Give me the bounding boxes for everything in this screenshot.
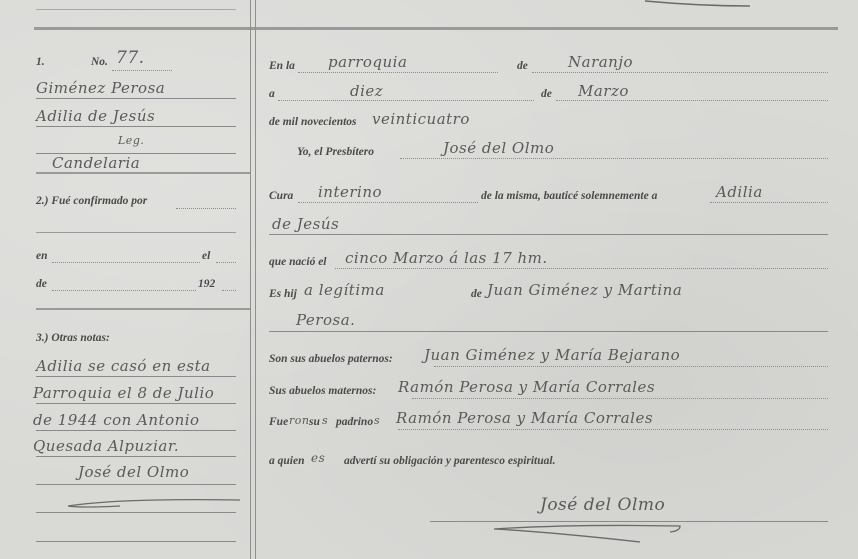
entry-number-label: No. [91, 56, 108, 68]
notes-rule-7 [36, 541, 236, 542]
maternal-grandparents-label: Sus abuelos maternos: [269, 385, 376, 397]
born-line [335, 268, 828, 269]
place-line [532, 72, 828, 73]
year-prefix: 192 [198, 278, 215, 290]
presbyter-line [400, 158, 828, 159]
en-la-label: En la [269, 60, 295, 72]
child-legitimacy-value: a legítima [304, 281, 385, 299]
header-divider [34, 27, 838, 30]
column-divider-outer [250, 0, 251, 559]
godparents-value: Ramón Perosa y María Corrales [396, 409, 653, 427]
given-name-line [36, 126, 236, 127]
notes-line-4: Quesada Alpuziar. [33, 437, 179, 455]
month-line [556, 100, 828, 101]
section-2-divider [36, 308, 250, 310]
en-label: en [36, 250, 48, 262]
of-label-1: de [517, 60, 528, 72]
confirmation-line [176, 208, 236, 209]
confirmation-label: 2.) Fué confirmado por [36, 195, 147, 207]
notes-rule-2 [36, 403, 236, 404]
top-right-flourish [640, 0, 760, 12]
place-value: Naranjo [568, 53, 633, 71]
baptized-name-line [710, 202, 828, 203]
notes-rule-4 [36, 456, 236, 457]
notes-rule-5 [36, 484, 236, 485]
notes-line-2: Parroquia el 8 de Julio [33, 384, 214, 402]
day-value: diez [350, 82, 383, 100]
godparents-plural-s1: s [322, 414, 328, 427]
field-baseline [412, 398, 828, 399]
church-type-value: parroquia [328, 53, 407, 71]
godparents-label-padrino: padrino [336, 416, 373, 428]
godparents-plural-s2: s [374, 414, 380, 427]
cura-value: interino [318, 183, 382, 201]
day-line [278, 100, 534, 101]
parents-line-2 [269, 331, 828, 332]
surname-line [36, 98, 236, 99]
godparents-label-su: su [309, 416, 320, 428]
entry-number-line [112, 70, 172, 71]
godparents-plural-ron: ron [289, 414, 309, 427]
of-label-2: de [541, 88, 552, 100]
notes-line-1: Adilia se casó en esta [36, 357, 211, 375]
warning-label-a: a quien [269, 455, 304, 467]
notes-signature-flourish [60, 496, 250, 510]
entry-index: 1. [36, 56, 45, 68]
surname: Giménez Perosa [36, 79, 165, 97]
priest-signature: José del Olmo [540, 495, 665, 515]
presbyter-label: Yo, el Presbítero [297, 146, 374, 158]
legitimacy-note: Leg. [118, 134, 144, 147]
cura-line [298, 202, 478, 203]
parents-value-2: Perosa. [296, 311, 355, 329]
notes-rule-6 [36, 512, 236, 513]
maternal-grandparents-value: Ramón Perosa y María Corrales [398, 378, 655, 396]
warning-label-b: advertí su obligación y parentesco espir… [344, 455, 555, 467]
paternal-grandparents-value: Juan Giménez y María Bejarano [424, 346, 680, 364]
baptism-label: de la misma, bauticé solemnemente a [481, 190, 657, 202]
warning-value: es [311, 451, 325, 465]
month-value: Marzo [578, 82, 629, 100]
parents-value: Juan Giménez y Martina [487, 281, 682, 299]
notes-rule-3 [36, 430, 236, 431]
el-line [216, 262, 236, 263]
presbyter-value: José del Olmo [443, 139, 554, 157]
cura-label: Cura [269, 190, 293, 202]
notes-line-3: de 1944 con Antonio [33, 411, 200, 429]
top-faint-rule [36, 9, 236, 10]
other-notes-label: 3.) Otras notas: [36, 332, 110, 344]
given-name: Adilia de Jesús [36, 107, 155, 125]
en-la-line [298, 72, 498, 73]
day-prefix-label: a [269, 88, 275, 100]
field-baseline [434, 366, 828, 367]
child-label: Es hij [269, 288, 297, 300]
paternal-grandparents-label: Son sus abuelos paternos: [269, 353, 393, 365]
section-1-divider [36, 172, 250, 174]
born-label: que nació el [269, 256, 327, 268]
el-label: el [202, 250, 210, 262]
de-line [52, 290, 196, 291]
en-line [52, 262, 200, 263]
year-label: de mil novecientos [269, 116, 357, 128]
confirmation-line-2 [36, 232, 236, 233]
godparents-label-fue: Fue [269, 416, 288, 428]
year-value: veinticuatro [372, 110, 470, 128]
baptized-name-line-2 [269, 234, 828, 235]
baptized-name-value-2: de Jesús [272, 215, 339, 233]
signature-flourish [490, 522, 690, 552]
notes-rule-1 [36, 376, 236, 377]
field-baseline [398, 429, 828, 430]
born-value: cinco Marzo á las 17 hm. [345, 249, 548, 267]
de-label: de [36, 278, 47, 290]
year-line [222, 290, 236, 291]
notes-signature: José del Olmo [78, 463, 189, 481]
baptized-name-value-1: Adilia [716, 183, 763, 201]
parish-note: Candelaria [52, 154, 140, 172]
entry-number-value: 77. [116, 48, 145, 68]
of-label-3: de [471, 288, 482, 300]
column-divider-inner [255, 0, 256, 559]
